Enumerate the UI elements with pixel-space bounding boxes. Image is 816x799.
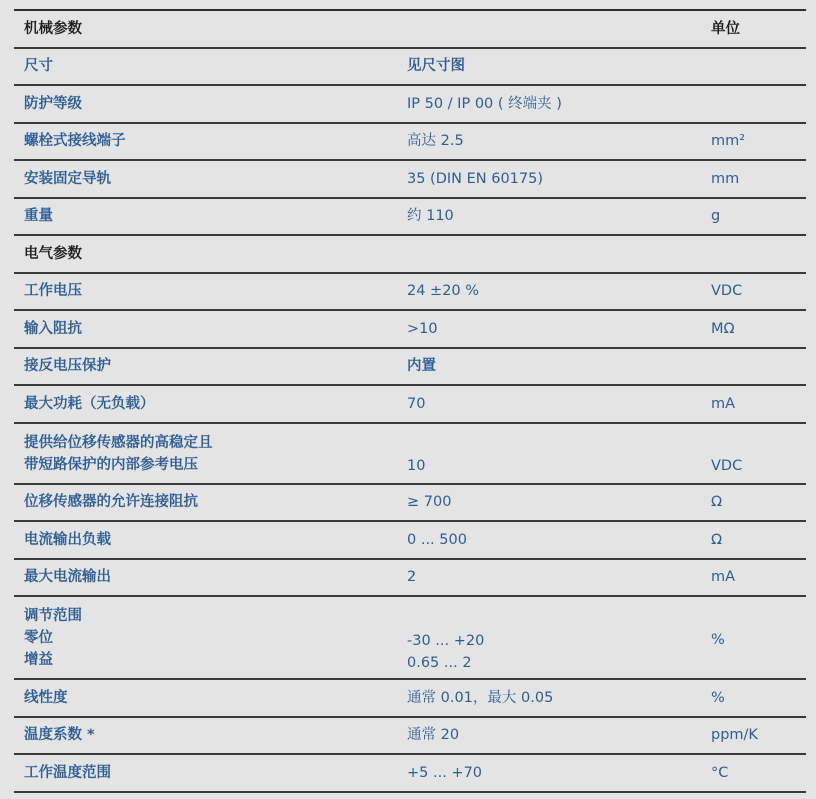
header-row-mechanical: 机械参数 单位 — [14, 11, 806, 49]
param-label: 螺栓式接线端子 — [14, 130, 397, 152]
param-label: 重量 — [14, 205, 397, 227]
param-unit: mm² — [701, 130, 806, 152]
table-row: 螺栓式接线端子 高达 2.5 mm² — [14, 124, 806, 162]
param-unit: g — [701, 205, 806, 227]
table-row: 最大电流输出 2 mA — [14, 560, 806, 598]
table-row: 线性度 通常 0.01，最大 0.05 % — [14, 680, 806, 718]
table-row: 工作温度范围 +5 ... +70 °C — [14, 755, 806, 793]
param-label-line: 提供给位移传感器的高稳定且 — [24, 432, 397, 454]
param-label: 防护等级 — [14, 93, 397, 115]
param-label-line: 调节范围 — [24, 605, 397, 627]
table-row: 输入阻抗 >10 MΩ — [14, 311, 806, 349]
param-label: 调节范围 零位 增益 — [14, 597, 397, 678]
param-label: 电流输出负载 — [14, 529, 397, 551]
table-row: 提供给位移传感器的高稳定且 带短路保护的内部参考电压 10 VDC — [14, 424, 806, 485]
param-unit: % — [701, 597, 806, 678]
param-unit: ppm/K — [701, 724, 806, 746]
param-unit: mA — [701, 566, 806, 588]
param-unit: VDC — [701, 424, 806, 483]
param-label-line: 增益 — [24, 649, 397, 671]
param-label-line: 带短路保护的内部参考电压 — [24, 454, 397, 476]
param-value: ≥ 700 — [397, 491, 701, 513]
section-title-mechanical: 机械参数 — [14, 18, 397, 40]
param-unit: VDC — [701, 280, 806, 302]
param-label: 尺寸 — [14, 55, 397, 77]
param-label: 安装固定导轨 — [14, 168, 397, 190]
param-value: >10 — [397, 318, 701, 340]
param-unit: °C — [701, 762, 806, 784]
table-row: 安装固定导轨 35 (DIN EN 60175) mm — [14, 161, 806, 199]
table-row: 尺寸 见尺寸图 — [14, 49, 806, 87]
param-unit: MΩ — [701, 318, 806, 340]
param-value: 10 — [397, 424, 701, 483]
param-value: 35 (DIN EN 60175) — [397, 168, 701, 190]
param-label: 位移传感器的允许连接阻抗 — [14, 491, 397, 513]
param-value: 24 ±20 % — [397, 280, 701, 302]
param-value: 通常 0.01，最大 0.05 — [397, 687, 701, 709]
param-value: IP 50 / IP 00 ( 终端夹 ) — [397, 93, 701, 115]
param-unit: mm — [701, 168, 806, 190]
table-row: 接反电压保护 内置 — [14, 349, 806, 387]
param-label: 接反电压保护 — [14, 355, 397, 377]
param-value-line: -30 ... +20 — [407, 630, 701, 652]
param-value-line: 0.65 ... 2 — [407, 652, 701, 674]
table-row: 防护等级 IP 50 / IP 00 ( 终端夹 ) — [14, 86, 806, 124]
param-label: 最大电流输出 — [14, 566, 397, 588]
param-label: 温度系数 * — [14, 724, 397, 746]
param-label: 工作温度范围 — [14, 762, 397, 784]
table-row: 最大功耗（无负载） 70 mA — [14, 386, 806, 424]
section-title-electrical: 电气参数 — [14, 243, 397, 265]
param-label: 提供给位移传感器的高稳定且 带短路保护的内部参考电压 — [14, 424, 397, 483]
param-label: 最大功耗（无负载） — [14, 393, 397, 415]
param-value: 见尺寸图 — [397, 55, 701, 77]
table-row: 温度系数 * 通常 20 ppm/K — [14, 718, 806, 756]
param-value: -30 ... +20 0.65 ... 2 — [397, 597, 701, 678]
param-value: 70 — [397, 393, 701, 415]
param-value: 内置 — [397, 355, 701, 377]
table-row: 工作电压 24 ±20 % VDC — [14, 274, 806, 312]
param-label: 线性度 — [14, 687, 397, 709]
param-label: 输入阻抗 — [14, 318, 397, 340]
param-value: 高达 2.5 — [397, 130, 701, 152]
spec-table: 机械参数 单位 尺寸 见尺寸图 防护等级 IP 50 / IP 00 ( 终端夹… — [14, 9, 806, 793]
param-label: 工作电压 — [14, 280, 397, 302]
param-unit: mA — [701, 393, 806, 415]
param-value: +5 ... +70 — [397, 762, 701, 784]
param-unit: % — [701, 687, 806, 709]
table-row: 调节范围 零位 增益 -30 ... +20 0.65 ... 2 % — [14, 597, 806, 680]
param-unit: Ω — [701, 529, 806, 551]
param-value: 2 — [397, 566, 701, 588]
param-unit: Ω — [701, 491, 806, 513]
param-value: 约 110 — [397, 205, 701, 227]
header-row-electrical: 电气参数 — [14, 236, 806, 274]
param-value: 0 ... 500 — [397, 529, 701, 551]
header-unit: 单位 — [701, 18, 806, 40]
table-row: 位移传感器的允许连接阻抗 ≥ 700 Ω — [14, 485, 806, 523]
param-label-line: 零位 — [24, 627, 397, 649]
table-row: 重量 约 110 g — [14, 199, 806, 237]
table-row: 电流输出负载 0 ... 500 Ω — [14, 522, 806, 560]
param-value: 通常 20 — [397, 724, 701, 746]
